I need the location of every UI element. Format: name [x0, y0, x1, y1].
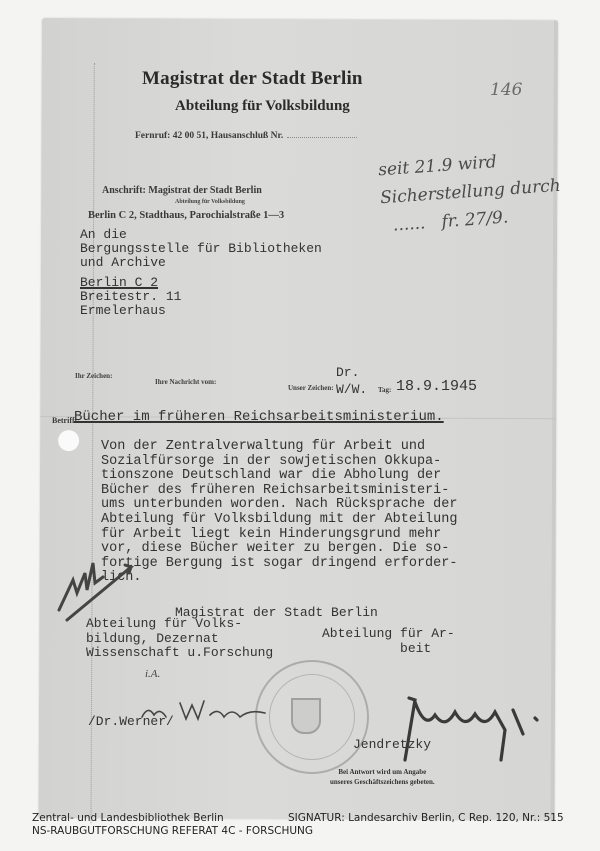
letterhead-phone: Fernruf: 42 00 51, Hausanschluß Nr.: [135, 131, 357, 141]
reply-note-line1: Bei Antwort wird um Angabe: [330, 767, 435, 777]
letterhead-subtitle: Abteilung für Volksbildung: [175, 98, 350, 115]
recipient-city: Berlin C 2: [80, 276, 158, 290]
signature-block-left: Abteilung für Volks- bildung, Dezernat W…: [86, 617, 273, 661]
letterhead-address-line3: Berlin C 2, Stadthaus, Parochialstraße 1…: [88, 210, 284, 221]
letterhead-title: Magistrat der Stadt Berlin: [142, 68, 363, 90]
handwritten-page-number: 146: [490, 80, 522, 100]
footer-signature: SIGNATUR: Landesarchiv Berlin, C Rep. 12…: [288, 812, 564, 824]
recipient-line: und Archive: [80, 256, 322, 270]
signatory-left-name: /Dr.Werner/: [88, 715, 174, 729]
recipient-line: Bergungsstelle für Bibliotheken: [80, 242, 322, 256]
berlin-bear-shield-icon: [291, 698, 321, 734]
recipient-street: Breitestr. 11: [80, 290, 322, 304]
margin-initials-scribble: [55, 535, 135, 625]
punch-hole: [58, 430, 79, 451]
date-label: Tag:: [378, 386, 391, 394]
recipient-building: Ermelerhaus: [80, 304, 322, 318]
ihr-zeichen-label: Ihr Zeichen:: [75, 372, 112, 380]
unser-zeichen-label: Unser Zeichen:: [288, 384, 334, 392]
signature-block-right: Abteilung für Ar- beit: [322, 627, 455, 656]
letter-date: 18.9.1945: [396, 380, 477, 394]
reply-note: Bei Antwort wird um Angabe unseres Gesch…: [330, 767, 435, 787]
ihre-nachricht-label: Ihre Nachricht vom:: [155, 378, 216, 386]
paper-edge-shadow: [551, 20, 558, 820]
unser-zeichen-value: Dr. W/W.: [336, 364, 367, 398]
signature-ia: i.A.: [145, 668, 160, 680]
margin-perforation-line: [90, 63, 94, 823]
recipient-address: An die Bergungsstelle für Bibliotheken u…: [80, 228, 322, 318]
signatory-right-name: Jendretzky: [353, 738, 431, 752]
recipient-line: An die: [80, 228, 322, 242]
footer-department: NS-RAUBGUTFORSCHUNG REFERAT 4C - FORSCHU…: [32, 825, 313, 837]
phone-extension-blank: [287, 137, 357, 138]
unser-zeichen-line2: W/W.: [336, 381, 367, 398]
footer-institution: Zentral- und Landesbibliothek Berlin: [32, 812, 224, 824]
letterhead-address-line1: Anschrift: Magistrat der Stadt Berlin: [102, 185, 262, 196]
phone-text: Fernruf: 42 00 51, Hausanschluß Nr.: [135, 131, 283, 141]
handwritten-note: seit 21.9 wird Sicherstellung durch ....…: [377, 144, 563, 240]
letterhead-address-line2: Abteilung für Volksbildung: [175, 199, 245, 205]
signature-jendretzky-scribble: [385, 690, 545, 770]
letter-body: Von der Zentralverwaltung für Arbeit und…: [101, 440, 457, 586]
reply-note-line2: unseres Geschäftszeichens gebeten.: [330, 777, 435, 787]
subject-value: Bücher im früheren Reichsarbeitsminister…: [74, 410, 444, 424]
unser-zeichen-line1: Dr.: [336, 364, 367, 381]
